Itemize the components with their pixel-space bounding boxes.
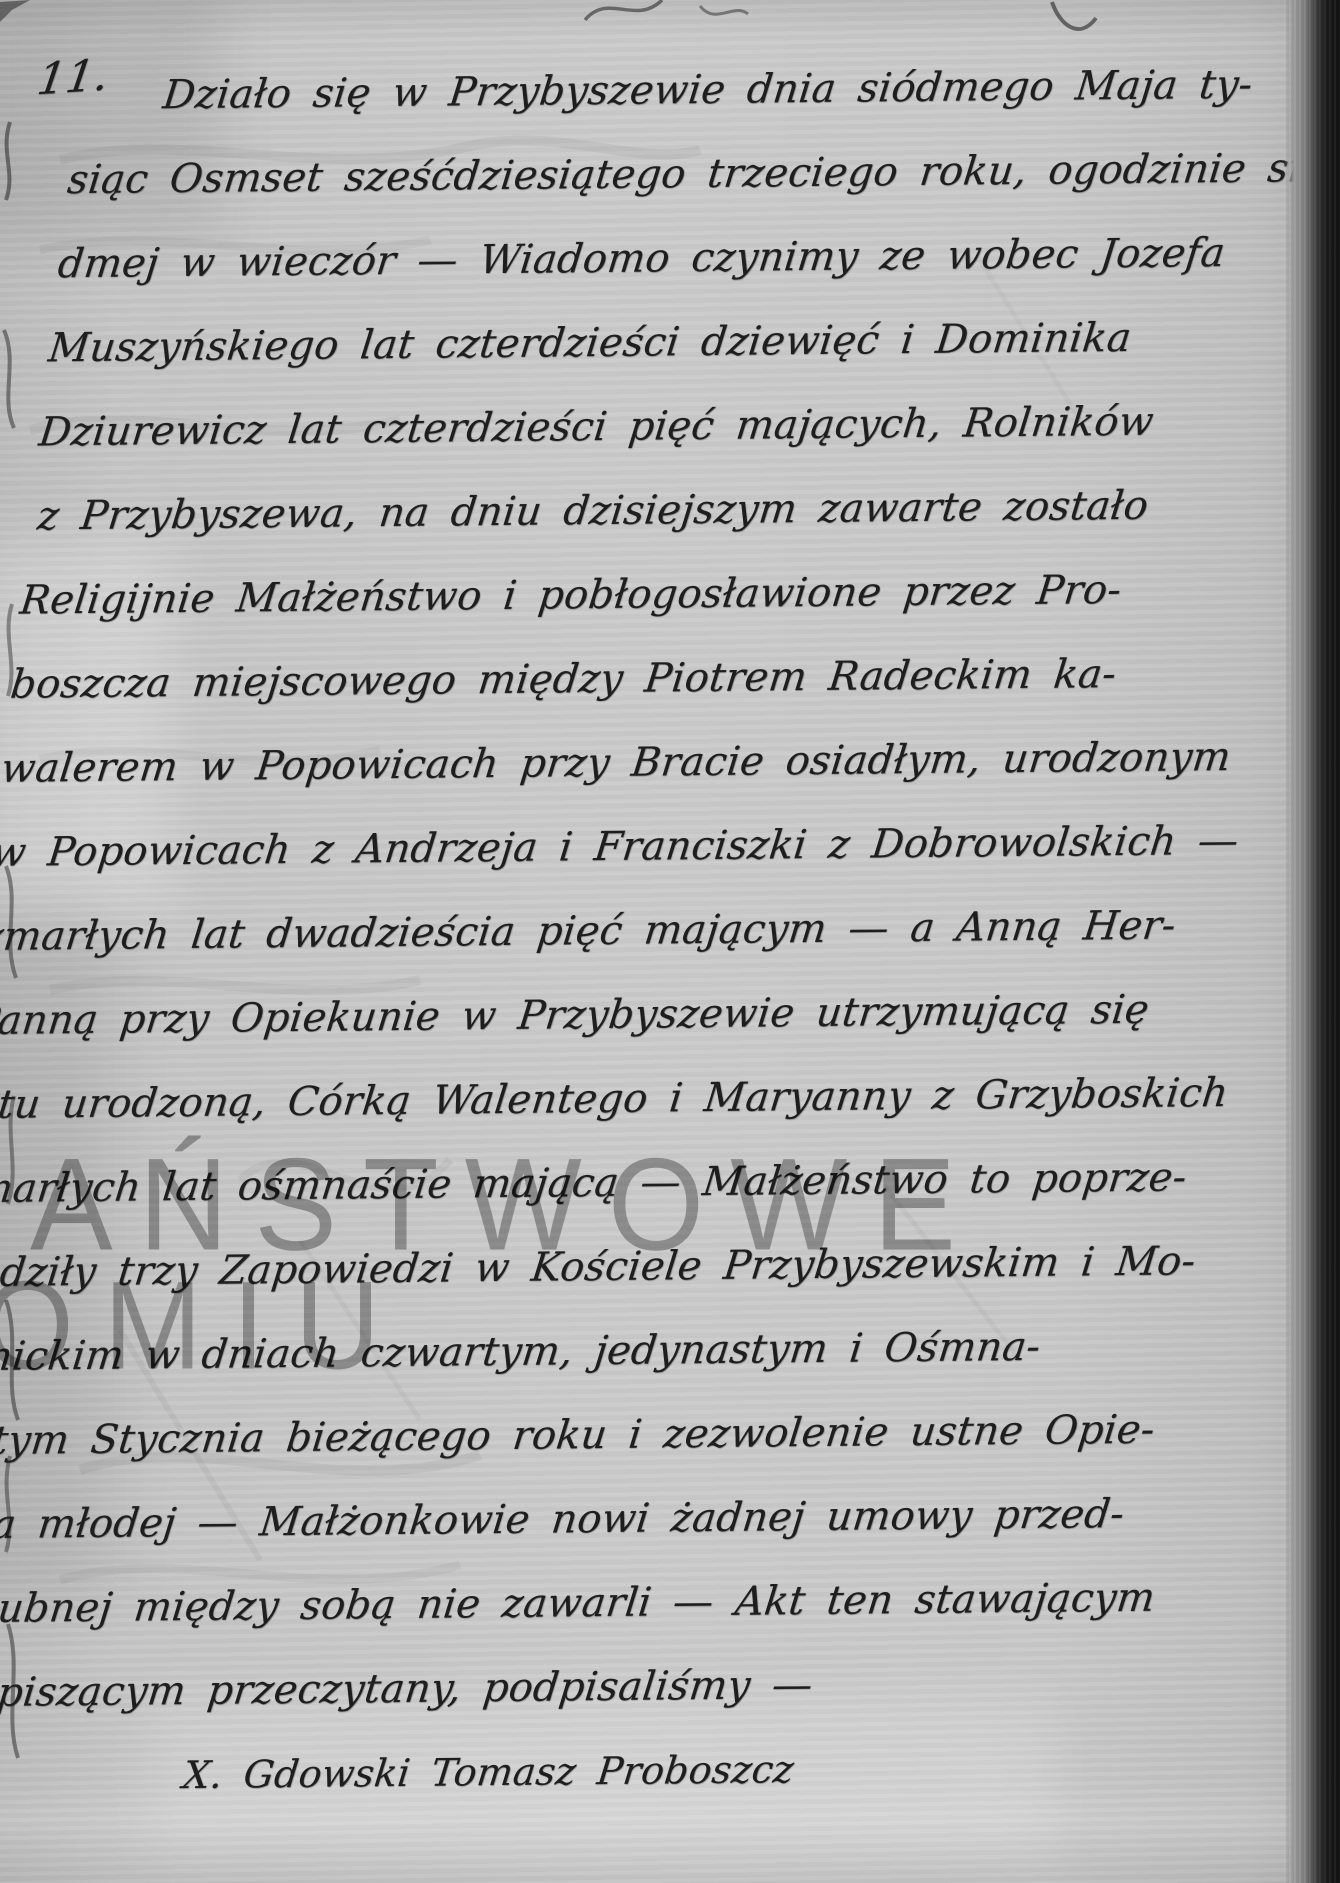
manuscript-line: z Przybyszewa, na dniu dzisiejszym zawar…: [33, 463, 1229, 558]
scanned-document-page: 11. Działo się w Przybyszewie dnia siódm…: [0, 0, 1340, 1883]
manuscript-line: stym Stycznia bieżącego roku i zezwoleni…: [0, 1388, 1125, 1483]
manuscript-line: dziły trzy Zapowiedzi w Kościele Przybys…: [0, 1220, 1144, 1315]
manuscript-line: boszcza miejscowego między Piotrem Radec…: [6, 631, 1210, 727]
manuscript-line: siąc Osmset sześćdziesiątego trzeciego r…: [63, 127, 1267, 223]
manuscript-line: nie piszącym przeczytany, podpisaliśmy —: [0, 1640, 1096, 1735]
manuscript-line: zmarłych lat ośmnaście mającą — Małżeńst…: [0, 1136, 1153, 1232]
manuscript-line: Dziurewicz lat czterdzieści pięć mającyc…: [34, 379, 1238, 475]
manuscript-line: Religijnie Małżeństwo i pobłogosławione …: [15, 547, 1219, 643]
manuscript-line: Muszyńskiego lat czterdzieści dziewięć i…: [44, 295, 1248, 391]
manuscript-line: kuna młodej — Małżonkowie nowi żadnej um…: [0, 1472, 1115, 1568]
manuscript-line: zmarłych lat dwadzieścia pięć mającym — …: [0, 883, 1182, 979]
manuscript-line: i tu urodzoną, Córką Walentego i Maryann…: [0, 1052, 1163, 1148]
page-binding-edge: [1284, 0, 1340, 1883]
manuscript-line: Panną przy Opiekunie w Przybyszewie utrz…: [0, 968, 1172, 1064]
manuscript-line: ślubnej między sobą nie zawarli — Akt te…: [0, 1556, 1106, 1651]
manuscript-line: dmej w wieczór — Wiadomo czynimy ze wobe…: [53, 211, 1257, 307]
manuscript-line: walerem w Popowicach przy Bracie osiadły…: [0, 715, 1201, 811]
manuscript-text: Działo się w Przybyszewie dnia siódmego …: [0, 43, 1277, 1820]
manuscript-line: gilnickim w dniach czwartym, jedynastym …: [0, 1304, 1134, 1400]
manuscript-line: Działo się w Przybyszewie dnia siódmego …: [72, 43, 1276, 139]
signature: X. Gdowski Tomasz Proboszcz: [178, 1724, 1086, 1817]
manuscript-line: w Popowicach z Andrzeja i Franciszki z D…: [0, 799, 1191, 895]
